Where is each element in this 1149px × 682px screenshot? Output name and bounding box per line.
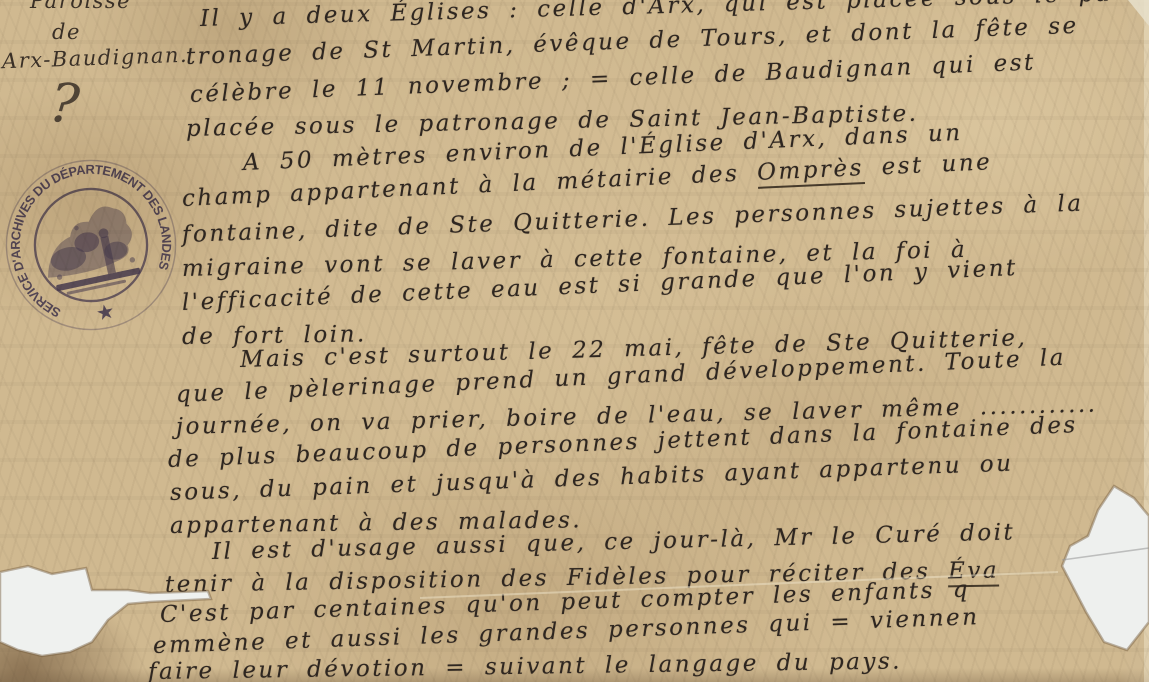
manuscript-page: Paroisse de Arx-Baudignan. ? SERVICE D'A…	[0, 0, 1149, 682]
manuscript-body: Il y a deux Églises : celle d'Arx, qui e…	[0, 0, 1149, 682]
